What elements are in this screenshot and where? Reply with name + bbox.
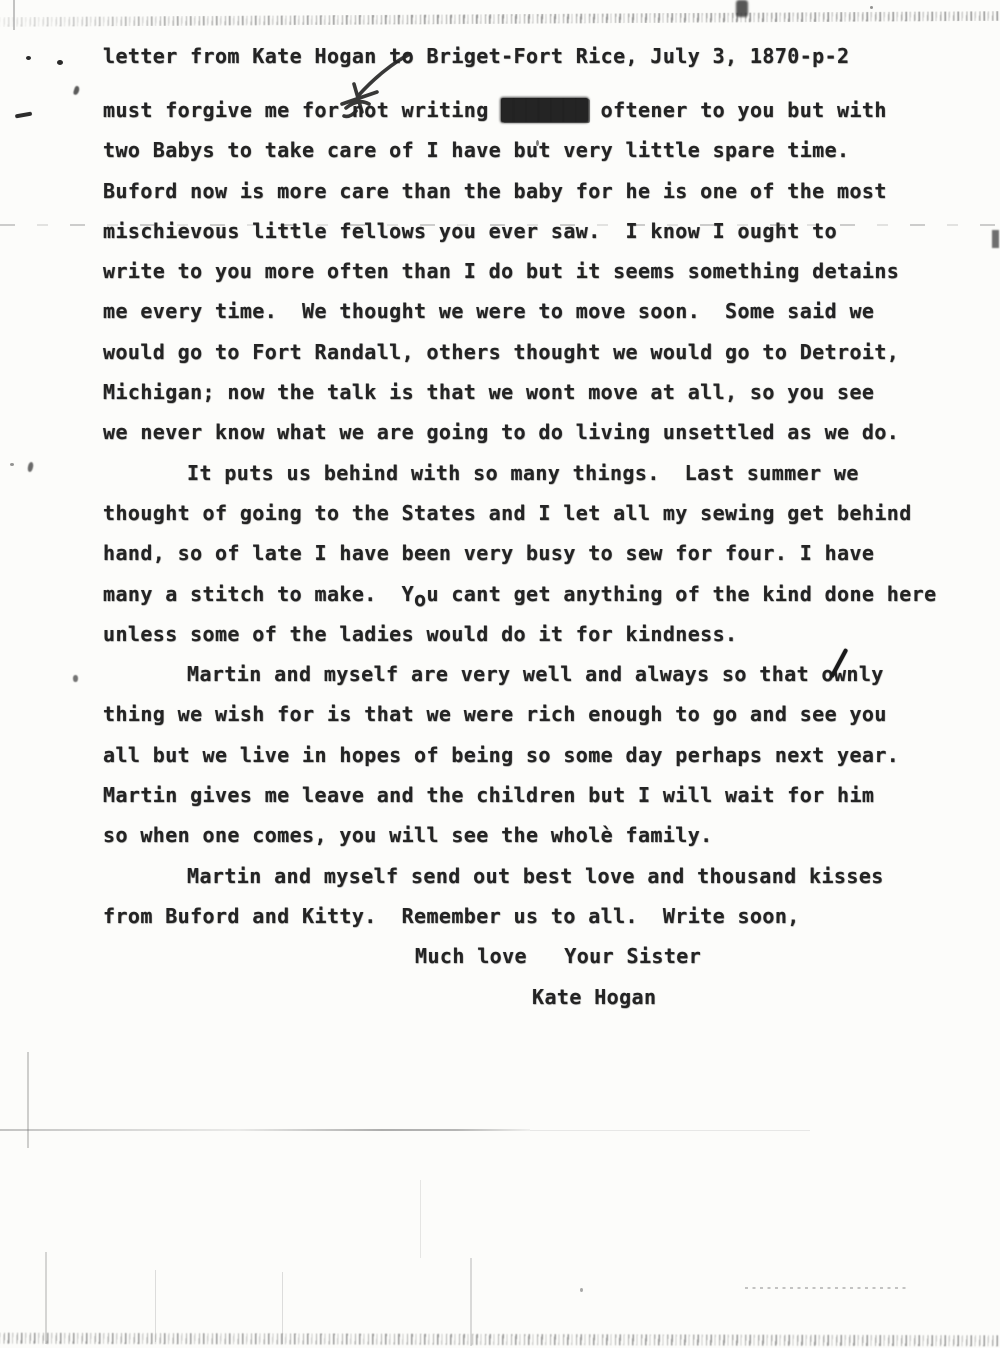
letter-line: Much love Your Sister: [415, 936, 963, 976]
letter-text: nly: [846, 662, 883, 686]
bottom-streak: [45, 1252, 47, 1344]
letter-text: two Babys to take care of I have but ver…: [103, 138, 849, 162]
bottom-streak: [155, 1270, 156, 1342]
letter-line: two Babys to take care of I have but ver…: [103, 130, 963, 170]
letter-header: letter from Kate Hogan to Briget-Fort Ri…: [103, 44, 849, 68]
letter-line: write to you more often than I do but it…: [103, 251, 963, 291]
letter-line: must forgive me for not writing ███████ …: [103, 90, 963, 130]
letter-line: me every time. We thought we were to mov…: [103, 291, 963, 331]
bottom-dotted-mark: [745, 1287, 910, 1289]
letter-line: mischievous little fellows you ever saw.…: [103, 211, 963, 251]
bottom-streak: [420, 1180, 421, 1258]
letter-line: from Buford and Kitty. Remember us to al…: [103, 896, 963, 936]
letter-text: must forgive me for not writing: [103, 98, 501, 122]
scan-noise-bottom-band: [0, 1333, 1000, 1347]
letter-text: It puts us behind with so many things. L…: [187, 461, 859, 485]
margin-dash-mark: [15, 112, 32, 118]
letter-text: hand, so of late I have been very busy t…: [103, 541, 874, 565]
ink-speck: [73, 85, 81, 95]
letter-text: we never know what we are going to do li…: [103, 420, 899, 444]
bottom-streak: [282, 1272, 283, 1344]
letter-text: would go to Fort Randall, others thought…: [103, 340, 899, 364]
letter-text: u cant get anything of the kind done her…: [426, 582, 936, 606]
letter-line: many a stitch to make. You cant get anyt…: [103, 574, 963, 614]
letter-line: thing we wish for is that we were rich e…: [103, 694, 963, 734]
edge-streak: [13, 0, 15, 30]
letter-line: Martin gives me leave and the children b…: [103, 775, 963, 815]
slash-corrected-letter: w: [834, 654, 846, 694]
letter-text: thing we wish for is that we were rich e…: [103, 702, 887, 726]
bottom-streak: [470, 1258, 472, 1346]
ink-speck: [57, 60, 63, 65]
ink-speck: [27, 462, 34, 473]
letter-line: Martin and myself are very well and alwa…: [103, 654, 963, 694]
letter-text: all but we live in hopes of being so som…: [103, 743, 899, 767]
letter-line: so when one comes, you will see the whol…: [103, 815, 963, 855]
letter-line: all but we live in hopes of being so som…: [103, 735, 963, 775]
letter-text: Martin and myself send out best love and…: [187, 864, 884, 888]
letter-body: must forgive me for not writing ███████ …: [103, 90, 963, 1017]
fold-streak: [27, 1052, 29, 1148]
letter-line: thought of going to the States and I let…: [103, 493, 963, 533]
letter-text: so when one comes, you will see the whol…: [103, 823, 713, 847]
letter-text: Martin gives me leave and the children b…: [103, 783, 874, 807]
edge-ink-smudge: [992, 230, 999, 248]
ink-speck: [73, 675, 78, 682]
letter-line: Buford now is more care than the baby fo…: [103, 171, 963, 211]
letter-text: unless some of the ladies would do it fo…: [103, 622, 738, 646]
letter-text: Michigan; now the talk is that we wont m…: [103, 380, 874, 404]
letter-text: Much love Your Sister: [415, 944, 701, 968]
letter-text: Martin and myself are very well and alwa…: [187, 662, 834, 686]
letter-page: letter from Kate Hogan to Briget-Fort Ri…: [0, 0, 1000, 1348]
letter-text: Kate Hogan: [532, 985, 656, 1009]
lower-fold-line: [0, 1129, 530, 1131]
letter-line: Michigan; now the talk is that we wont m…: [103, 372, 963, 412]
ink-speck: [26, 56, 31, 60]
letter-line: Martin and myself send out best love and…: [103, 856, 963, 896]
ink-speck: [10, 463, 14, 466]
letter-text: from Buford and Kitty. Remember us to al…: [103, 904, 800, 928]
letter-text: write to you more often than I do but it…: [103, 259, 899, 283]
letter-line: unless some of the ladies would do it fo…: [103, 614, 963, 654]
top-ink-smudge: [736, 0, 748, 17]
letter-text: Buford now is more care than the baby fo…: [103, 179, 887, 203]
letter-line: It puts us behind with so many things. L…: [103, 453, 963, 493]
strikeout-blot: ███████: [501, 98, 588, 122]
letter-line: would go to Fort Randall, others thought…: [103, 332, 963, 372]
letter-text: many a stitch to make. Y: [103, 582, 414, 606]
ink-speck: [580, 1288, 583, 1292]
ink-speck: [870, 6, 873, 9]
letter-line: we never know what we are going to do li…: [103, 412, 963, 452]
letter-line: hand, so of late I have been very busy t…: [103, 533, 963, 573]
letter-text: me every time. We thought we were to mov…: [103, 299, 874, 323]
letter-text: thought of going to the States and I let…: [103, 501, 912, 525]
letter-text: oftener to you but with: [588, 98, 887, 122]
scan-noise-top-band: [0, 11, 1000, 27]
dropped-letter-o: o: [414, 587, 426, 611]
letter-line: Kate Hogan: [532, 977, 963, 1017]
letter-text: mischievous little fellows you ever saw.…: [103, 219, 837, 243]
lower-fold-line-ext: [530, 1130, 810, 1131]
